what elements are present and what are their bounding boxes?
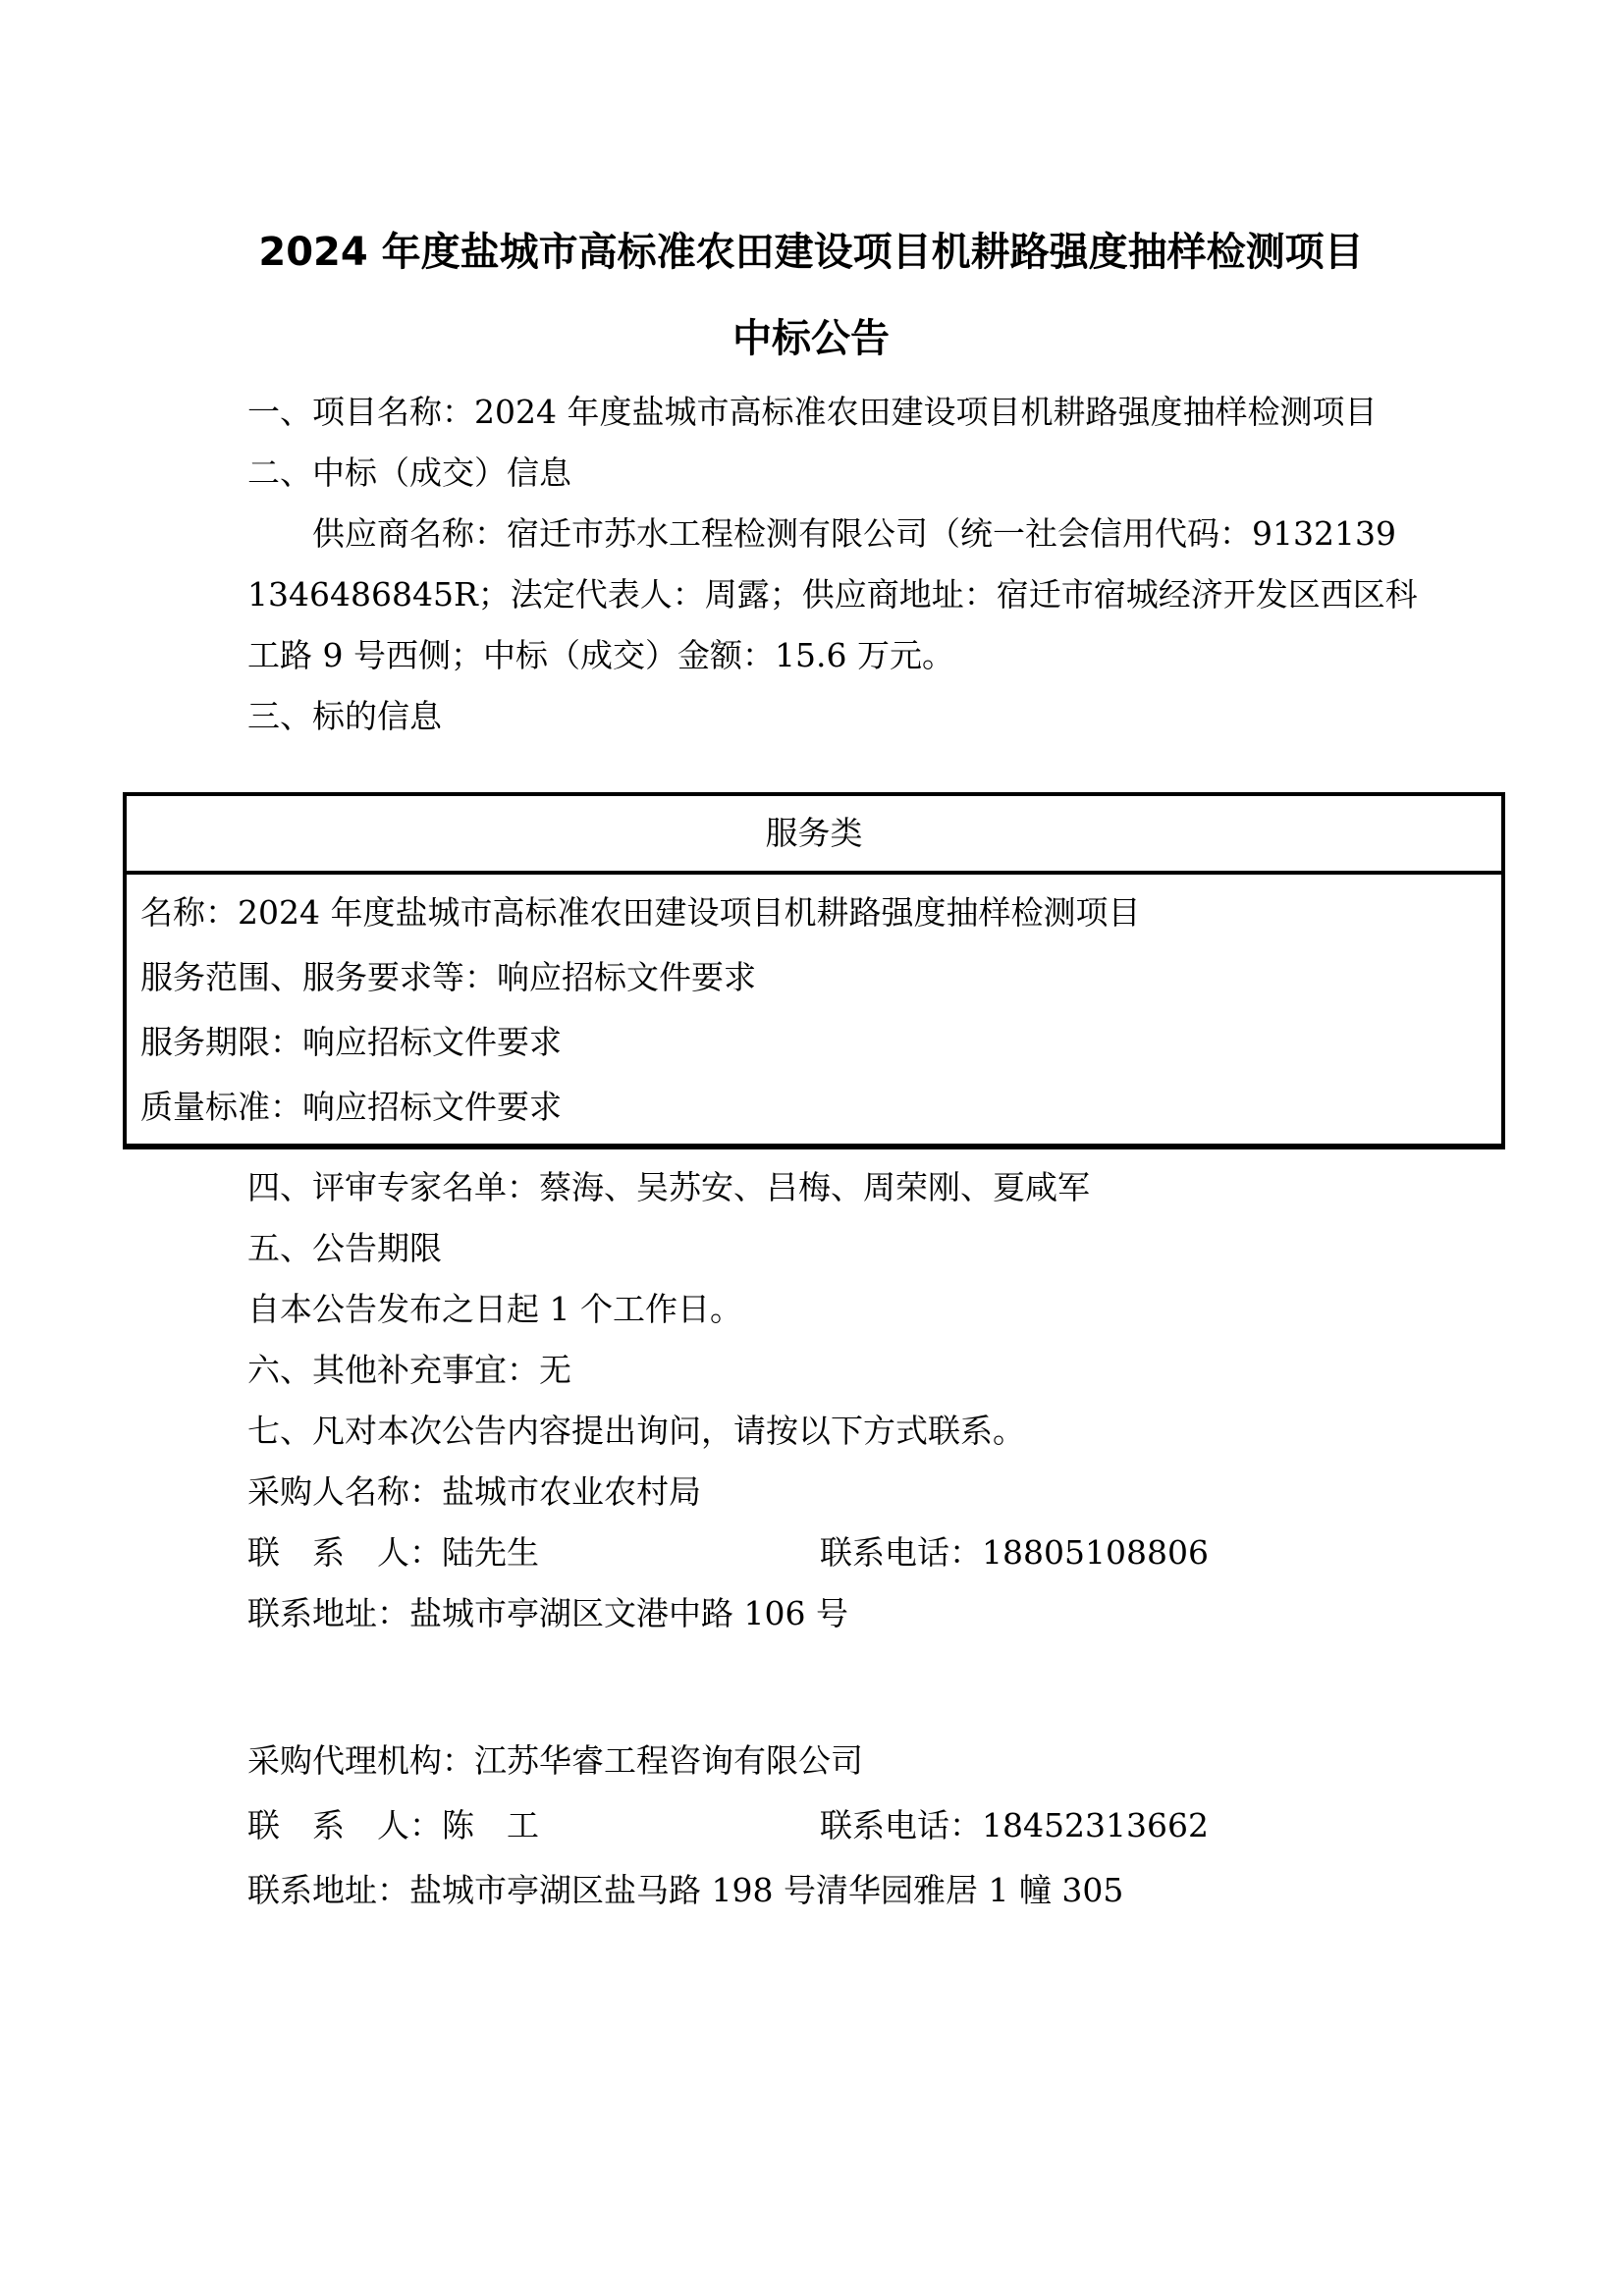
section-project-name: 一、项目名称：2024 年度盐城市高标准农田建设项目机耕路强度抽样检测项目 — [247, 382, 1375, 443]
announcement-period-text: 自本公告发布之日起 1 个工作日。 — [247, 1279, 1375, 1340]
agency-contact-row: 联 系 人：陈 工 联系电话：18452313662 — [247, 1793, 1375, 1858]
agency-name: 采购代理机构：江苏华睿工程咨询有限公司 — [247, 1729, 1375, 1793]
document-title: 2024 年度盐城市高标准农田建设项目机耕路强度抽样检测项目 中标公告 — [247, 209, 1375, 382]
purchaser-contact-person: 联 系 人：陆先生 — [247, 1533, 539, 1572]
section-award-info-heading: 二、中标（成交）信息 — [247, 443, 1375, 504]
table-row-service-scope: 服务范围、服务要求等：响应招标文件要求 — [140, 945, 1501, 1010]
agency-phone: 联系电话：18452313662 — [820, 1793, 1209, 1858]
table-row-quality-standard: 质量标准：响应招标文件要求 — [140, 1075, 1501, 1140]
table-body: 名称：2024 年度盐城市高标准农田建设项目机耕路强度抽样检测项目 服务范围、服… — [127, 875, 1501, 1144]
section-experts-list: 四、评审专家名单：蔡海、吴苏安、吕梅、周荣刚、夏咸军 — [247, 1157, 1375, 1218]
section-contact-intro: 七、凡对本次公告内容提出询问，请按以下方式联系。 — [247, 1401, 1375, 1462]
bid-info-table: 服务类 名称：2024 年度盐城市高标准农田建设项目机耕路强度抽样检测项目 服务… — [123, 792, 1505, 1149]
title-line-1: 2024 年度盐城市高标准农田建设项目机耕路强度抽样检测项目 — [247, 209, 1375, 295]
title-line-2: 中标公告 — [247, 295, 1375, 382]
purchaser-name: 采购人名称：盐城市农业农村局 — [247, 1462, 1375, 1522]
agency-contact-person: 联 系 人：陈 工 — [247, 1806, 539, 1844]
agency-block: 采购代理机构：江苏华睿工程咨询有限公司 联 系 人：陈 工 联系电话：18452… — [247, 1729, 1375, 1923]
purchaser-address: 联系地址：盐城市亭湖区文港中路 106 号 — [247, 1583, 1375, 1644]
table-header-service-category: 服务类 — [127, 796, 1501, 875]
purchaser-phone: 联系电话：18805108806 — [820, 1522, 1209, 1583]
supplier-line-1: 供应商名称：宿迁市苏水工程检测有限公司（统一社会信用代码：9132139 — [247, 504, 1375, 564]
table-row-service-term: 服务期限：响应招标文件要求 — [140, 1010, 1501, 1075]
purchaser-block: 采购人名称：盐城市农业农村局 联 系 人：陆先生 联系电话：1880510880… — [247, 1462, 1375, 1644]
table-row-name: 名称：2024 年度盐城市高标准农田建设项目机耕路强度抽样检测项目 — [140, 881, 1501, 945]
section-other-matters: 六、其他补充事宜：无 — [247, 1340, 1375, 1401]
supplier-line-3: 工路 9 号西侧；中标（成交）金额：15.6 万元。 — [247, 625, 1375, 686]
section-announcement-period-heading: 五、公告期限 — [247, 1218, 1375, 1279]
announcement-page: 2024 年度盐城市高标准农田建设项目机耕路强度抽样检测项目 中标公告 一、项目… — [0, 0, 1624, 2296]
agency-address: 联系地址：盐城市亭湖区盐马路 198 号清华园雅居 1 幢 305 — [247, 1858, 1375, 1923]
supplier-line-2: 1346486845R；法定代表人：周露；供应商地址：宿迁市宿城经济开发区西区科 — [247, 564, 1375, 625]
section-subject-info-heading: 三、标的信息 — [247, 686, 1375, 747]
purchaser-contact-row: 联 系 人：陆先生 联系电话：18805108806 — [247, 1522, 1375, 1583]
